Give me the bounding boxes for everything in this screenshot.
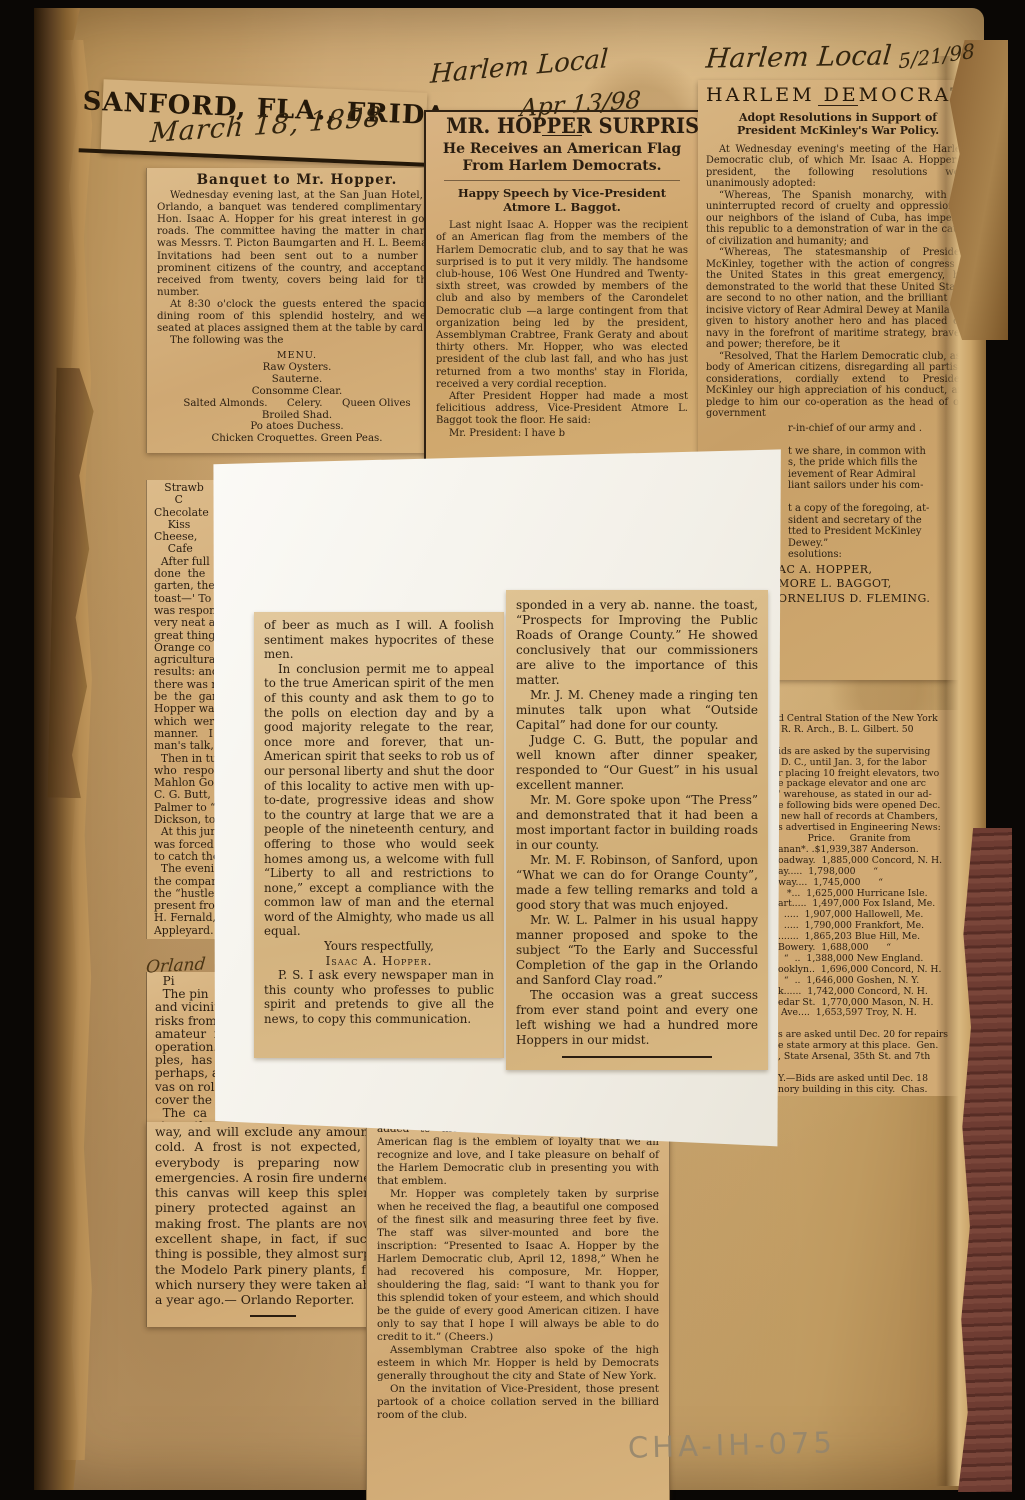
toasts-paragraph-1: Mr. J. M. Cheney made a ringing ten minu… [516,688,758,733]
democrats-headline: HARLEM DEMOCRATS [706,90,970,102]
flag-paragraph-3: Assemblyman Crabtree also spoke of the h… [377,1344,659,1383]
letter-postscript: P. S. I ask every newspaper man in this … [264,968,494,1026]
surprised-paragraph-1: Last night Isaac A. Hopper was the recip… [436,220,688,391]
handwritten-orlando: Orland [145,954,206,977]
democrats-paragraph-2: “Whereas, The Spanish monarchy, with its… [706,190,970,248]
clipping-flag-presentation: state, then an additional star has been … [366,1106,670,1500]
clipping-pinery: way, and will exclude any amount of cold… [146,1122,402,1327]
toasts-paragraph-0: sponded in a very ab. nanne. the toast, … [516,598,758,688]
clipping-hopper-letter: of beer as much as I will. A foolish sen… [254,612,504,1058]
letter-paragraph-0: of beer as much as I will. A foolish sen… [264,618,494,662]
banquet-paragraph-2: At 8:30 o'clock the guests entered the s… [157,299,437,335]
letter-closing: Yours respectfully, [264,939,494,954]
scrapbook-photo: SANFORD, FLA., FRIDA March 18, 1898 Banq… [0,0,1025,1500]
democrats-paragraph-4: “Resolved, That the Harlem Democratic cl… [706,351,970,420]
pinery-paragraph: way, and will exclude any amount of cold… [155,1124,391,1308]
banquet-paragraph-1: Wednesday evening last, at the San Juan … [157,190,437,299]
surprised-paragraph-3: Mr. President: I have b [436,428,688,440]
toasts-paragraph-5: Mr. W. L. Palmer in his usual happy mann… [516,913,758,988]
toasts-paragraph-3: Mr. M. Gore spoke upon “The Press” and d… [516,793,758,853]
surprised-subhead: He Receives an American Flag From Harlem… [436,141,688,175]
clipping-hopper-surprised: MR. HOPPER SURPRISED He Receives an Amer… [424,110,700,482]
flag-paragraph-2: Mr. Hopper was completely taken by surpr… [377,1188,659,1344]
democrats-subhead: Adopt Resolutions in Support of Presiden… [712,111,964,138]
torn-edge-right-top [946,40,1008,340]
surprised-paragraph-2: After President Hopper had made a most f… [436,391,688,428]
banquet-title: Banquet to Mr. Hopper. [157,174,437,186]
banquet-menu-items: Raw Oysters. Sauterne. Consomme Clear. S… [157,362,437,445]
surprised-headline: MR. HOPPER SURPRISED [446,120,678,132]
democrats-paragraph-1: At Wednesday evening's meeting of the Ha… [706,144,970,190]
surprised-crosshead: Happy Speech by Vice-President Atmore L.… [444,180,680,214]
clipping-banquet: Banquet to Mr. Hopper. Wednesday evening… [146,168,448,453]
toasts-paragraph-2: Judge C. G. Butt, the popular and well k… [516,733,758,793]
clipping-roads-toasts: sponded in a very ab. nanne. the toast, … [506,590,768,1070]
toasts-paragraph-4: Mr. M. F. Robinson, of Sanford, upon “Wh… [516,853,758,913]
democrats-paragraph-3: “Whereas, The statesmanship of President… [706,247,970,351]
banquet-menu-label: MENU. [157,350,437,362]
flag-paragraph-4: On the invitation of Vice-President, tho… [377,1383,659,1422]
letter-signature: Isaac A. Hopper. [264,954,494,969]
banquet-paragraph-3: The following was the [157,335,437,347]
letter-paragraph-1: In conclusion permit me to appeal to the… [264,662,494,939]
handwritten-harlem-local-2: Harlem Local [705,40,893,74]
toasts-paragraph-6: The occasion was a great success from ev… [516,988,758,1048]
archive-code: CHA-IH-075 [628,1425,837,1464]
